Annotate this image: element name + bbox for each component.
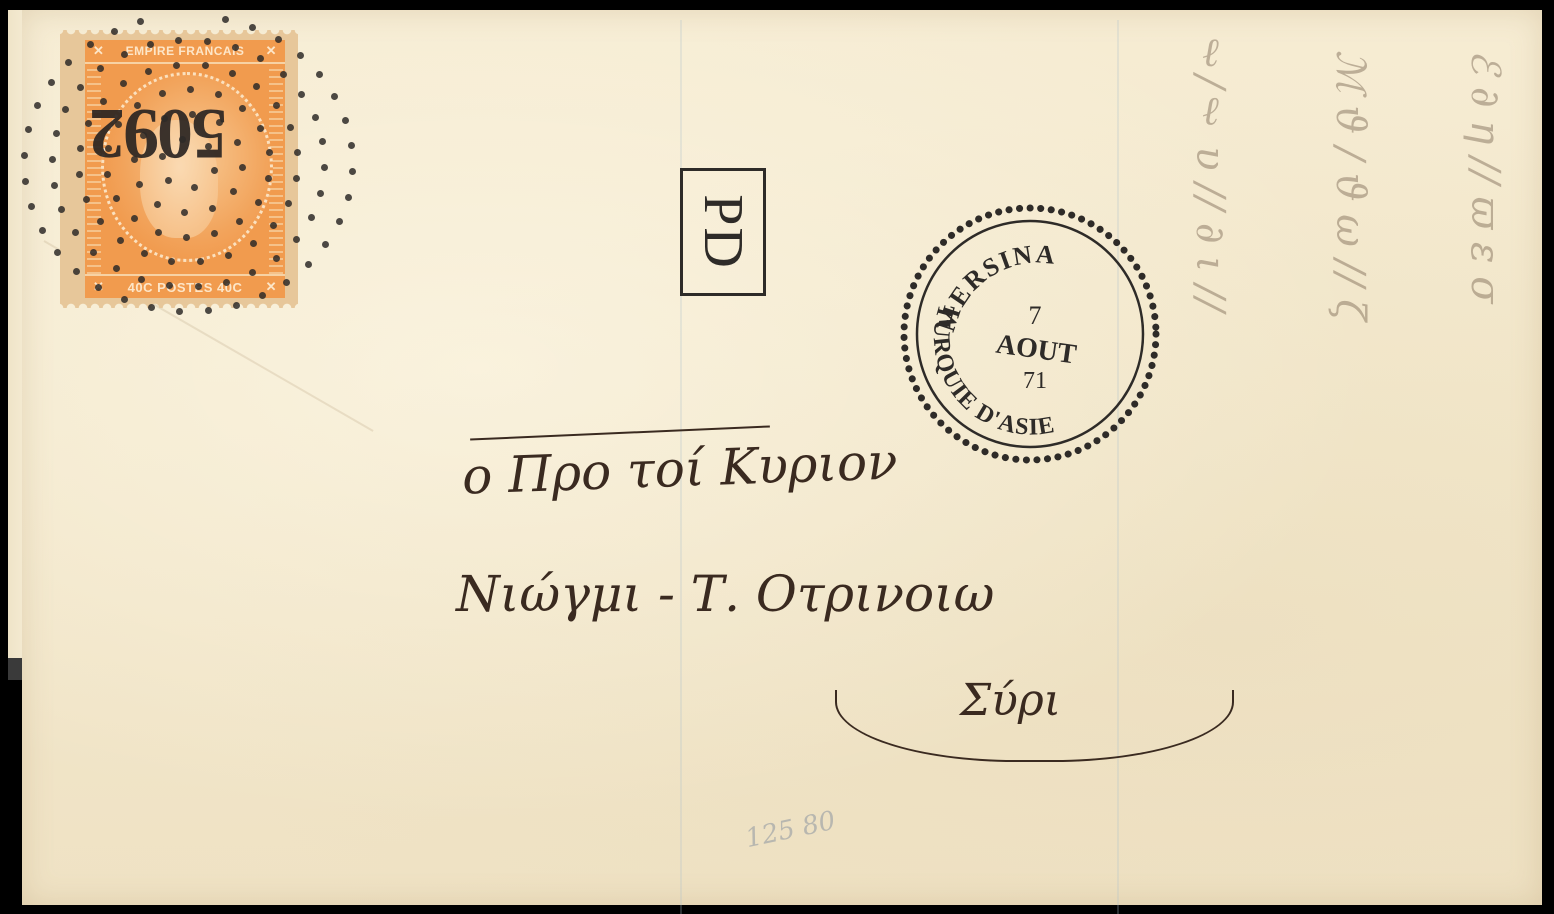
faint-show-through-writing: ℰ ∂ η ∕∕ ϖ ε σ <box>1462 50 1508 304</box>
cancel-dot <box>250 240 257 247</box>
cancel-dot <box>49 156 56 163</box>
cancel-dot <box>77 145 84 152</box>
cancel-dot <box>275 36 282 43</box>
cancel-dot <box>234 139 241 146</box>
cancel-dot <box>216 119 223 126</box>
svg-text:71: 71 <box>1023 368 1047 394</box>
cancel-dot <box>239 105 246 112</box>
cancel-dot <box>183 234 190 241</box>
cancel-dot <box>257 125 264 132</box>
cancel-dot <box>222 16 229 23</box>
cancel-dot <box>168 258 175 265</box>
cancel-dot <box>134 102 141 109</box>
cancel-dot <box>233 302 240 309</box>
stamp-design: ✕ EMPIRE FRANCAIS ✕ ✕ 40C POSTES 40C ✕ 5… <box>85 40 285 298</box>
faint-show-through-writing: ℓ∕ℓ υ ∕∕ ∂ ι ∕∕ <box>1187 30 1234 312</box>
cancel-dot <box>209 205 216 212</box>
cancel-dot <box>72 229 79 236</box>
cancel-dot <box>202 62 209 69</box>
left-flap-tab <box>8 658 22 680</box>
cancel-dot <box>229 70 236 77</box>
datestamp-graphic: MERSINA TURQUIE D'ASIE 7 AOUT 71 <box>893 202 1167 466</box>
cancel-dot <box>345 194 352 201</box>
cancel-dot <box>140 132 147 139</box>
cancel-dot <box>155 229 162 236</box>
cancel-dot <box>348 142 355 149</box>
cancel-dot <box>342 117 349 124</box>
svg-text:AOUT: AOUT <box>994 329 1079 371</box>
cancel-dot <box>154 201 161 208</box>
cancel-dot <box>336 218 343 225</box>
cancel-dot <box>255 199 262 206</box>
cancel-dot <box>105 145 112 152</box>
svg-text:7: 7 <box>1029 301 1042 330</box>
vertical-fold-line <box>1117 20 1119 914</box>
cancel-dot <box>51 182 58 189</box>
cancel-dot <box>273 255 280 262</box>
stamp-top-label: EMPIRE FRANCAIS <box>126 44 245 58</box>
cancel-dot <box>131 156 138 163</box>
cancel-dot <box>232 44 239 51</box>
pd-handstamp: PD <box>680 168 766 296</box>
pd-text: PD <box>691 194 755 270</box>
cancel-dot <box>179 136 186 143</box>
cancel-dot <box>270 222 277 229</box>
cancel-dot <box>121 51 128 58</box>
cancel-dot <box>195 283 202 290</box>
cancel-dot <box>39 227 46 234</box>
cancel-dot <box>236 218 243 225</box>
cancel-dot <box>104 171 111 178</box>
cancel-dot <box>312 114 319 121</box>
cancel-dot <box>285 200 292 207</box>
cross-icon: ✕ <box>93 43 104 59</box>
cancel-dot <box>305 261 312 268</box>
cancel-dot <box>159 153 166 160</box>
cancel-dot <box>308 214 315 221</box>
cancel-dot <box>273 102 280 109</box>
cancel-dot <box>48 79 55 86</box>
cancel-dot <box>349 168 356 175</box>
cancel-dot <box>111 28 118 35</box>
cancel-dot <box>54 249 61 256</box>
cancel-dot <box>113 265 120 272</box>
cancel-dot <box>117 237 124 244</box>
cancel-dot <box>283 279 290 286</box>
cancel-dot <box>53 130 60 137</box>
cancel-dot <box>230 188 237 195</box>
stamp-bottom-banner: ✕ 40C POSTES 40C ✕ <box>85 274 285 298</box>
cancel-dot <box>298 91 305 98</box>
cancel-dot <box>159 90 166 97</box>
cancel-dot <box>287 124 294 131</box>
cancel-dot <box>294 149 301 156</box>
cancel-dot <box>204 38 211 45</box>
postal-cover-photo: ℓ∕ℓ υ ∕∕ ∂ ι ∕∕ ℳ ϑ ∕ ϑ ω ∕∕ ζ ℰ ∂ η ∕∕ … <box>0 0 1554 914</box>
cancel-dot <box>293 236 300 243</box>
cancel-dot <box>223 279 230 286</box>
cancel-dot <box>189 111 196 118</box>
faint-show-through-writing: ℳ ϑ ∕ ϑ ω ∕∕ ζ <box>1327 50 1373 321</box>
cancel-dot <box>100 98 107 105</box>
cancel-dot <box>297 52 304 59</box>
cancel-dot <box>205 307 212 314</box>
numeral-cancel: 5092 <box>91 92 227 175</box>
cancel-dot <box>121 296 128 303</box>
stamp-top-banner: ✕ EMPIRE FRANCAIS ✕ <box>85 40 285 64</box>
cross-icon: ✕ <box>266 279 277 295</box>
address-line-2: Νιώγμι - Τ. Οτρινοιω <box>456 565 994 623</box>
cancel-dot <box>280 71 287 78</box>
cancel-dot <box>293 175 300 182</box>
cancel-dot <box>176 308 183 315</box>
cancel-dot <box>225 252 232 259</box>
cancel-dot <box>173 62 180 69</box>
circular-datestamp: MERSINA TURQUIE D'ASIE 7 AOUT 71 <box>893 202 1167 466</box>
cancel-dot <box>83 196 90 203</box>
cross-icon: ✕ <box>266 43 277 59</box>
cancel-dot <box>165 177 172 184</box>
